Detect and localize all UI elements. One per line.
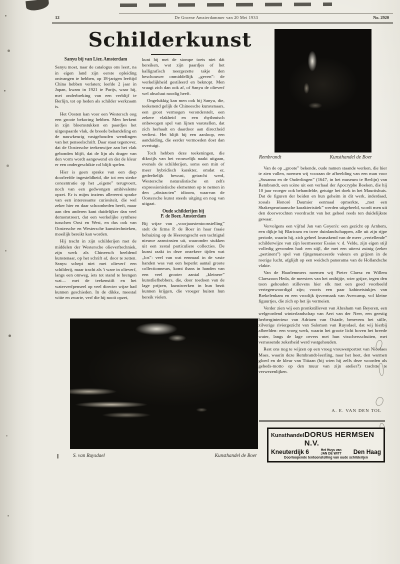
advert-house: Het Huys van JAN DE WITT [321, 448, 342, 455]
caption-gallery: Kunsthandel de Boer [330, 155, 372, 161]
advert-street: Kneuterdijk 6 [271, 448, 309, 455]
newspaper-page: 12 De Groene Amsterdammer van 20 Mei 193… [0, 0, 400, 564]
caption-gallery: Kunsthandel de Boer [215, 453, 257, 459]
page-header: 12 De Groene Amsterdammer van 20 Mei 193… [55, 15, 389, 20]
paragraph: Hier is geen sprake van een diep doorlee… [55, 169, 137, 237]
paragraph: Ongelukkig kan men ook bij Sanyu, die, t… [142, 98, 225, 149]
article-title: Schilderkunst [85, 29, 255, 51]
ruysdael-caption: S. van Ruysdael Kunsthandel de Boer [73, 453, 257, 459]
ruysdael-painting-image [70, 319, 258, 450]
paragraph: Bij wijze van „voorjaarstentoonstelling”… [142, 221, 225, 300]
scanned-newspaper-viewport: 12 De Groene Amsterdammer van 20 Mei 193… [0, 0, 400, 564]
paragraph: kunt hij met de stompe toets niet dát be… [142, 57, 225, 97]
caption-artist: S. van Ruysdael [73, 453, 105, 459]
page-number: 12 [55, 15, 60, 20]
issue-number: No. 2920 [373, 15, 389, 20]
author-signature: A. E. VAN DEN TOL [259, 408, 382, 413]
advert-city: Den Haag [353, 448, 381, 455]
title-divider [151, 54, 181, 55]
advert-dorus-hermsen: Kunsthandel DORUS HERMSEN N.V. Kneuterdi… [267, 428, 385, 463]
rembrandt-caption: Rembrandt Kunsthandel de Boer [259, 155, 372, 161]
paragraph: Van de Haarlemmers noemen wij Pieter Cla… [259, 270, 388, 304]
paragraph: Vervolgens een vijftal Jan van Goyen's: … [259, 223, 388, 268]
advert-divider [259, 421, 385, 423]
scan-edge-dashes [120, 2, 332, 7]
advert-house-line2: JAN DE WITT [321, 452, 342, 456]
column-1: Sanyu bij van Lier, Amsterdam Sanyu moet… [55, 57, 137, 313]
paragraph: Verder zien wij een pronkstilleven van A… [259, 306, 388, 346]
section-heading-sanyu: Sanyu bij van Lier, Amsterdam [55, 57, 137, 63]
advert-address-row: Kneuterdijk 6 Het Huys van JAN DE WITT D… [271, 448, 381, 455]
header-rule-top [119, 14, 393, 15]
paragraph: Sanyu moet, naar de catalogus ons leert,… [55, 65, 137, 110]
column-3: Van de op „groote” bekende, oude namen s… [259, 166, 388, 405]
section-heading-de-boer: Oude schilderijen bij P. de Boer, Amster… [142, 209, 225, 220]
advert-title-row: Kunsthandel DORUS HERMSEN N.V. [271, 431, 381, 448]
advert-name: DORUS HERMSEN N.V. [304, 431, 381, 448]
scan-corner-blot [26, 0, 50, 11]
paragraph: Rest ons nog te wijzen op een vroeg vrou… [259, 347, 388, 375]
section-heading-line1: Oude schilderijen bij [162, 209, 204, 214]
caption-artist: Rembrandt [259, 155, 281, 161]
margin-speck [57, 454, 59, 459]
rembrandt-painting-image [275, 29, 372, 153]
advert-prefix: Kunsthandel [271, 433, 304, 439]
paragraph: Hij tracht in zijn schilderijen met de m… [55, 239, 137, 301]
paragraph: Van de op „groote” bekende, oude namen s… [259, 166, 388, 222]
section-heading-line2: P. de Boer, Amsterdam [161, 214, 206, 219]
scan-left-edge-specks [5, 15, 7, 17]
advert-tagline: Doorloopende tentoonstelling van oude sc… [271, 456, 381, 460]
paragraph: Toch hebben deze teekeningen, die dikwij… [142, 150, 225, 206]
header-rule-bottom [52, 23, 393, 24]
paragraph: Het Oosten kan voor een Westersch oog ee… [55, 111, 137, 167]
masthead: De Groene Amsterdammer van 20 Mei 1933 [175, 15, 258, 20]
column-2: kunt hij met de stompe toets niet dát be… [142, 57, 225, 307]
